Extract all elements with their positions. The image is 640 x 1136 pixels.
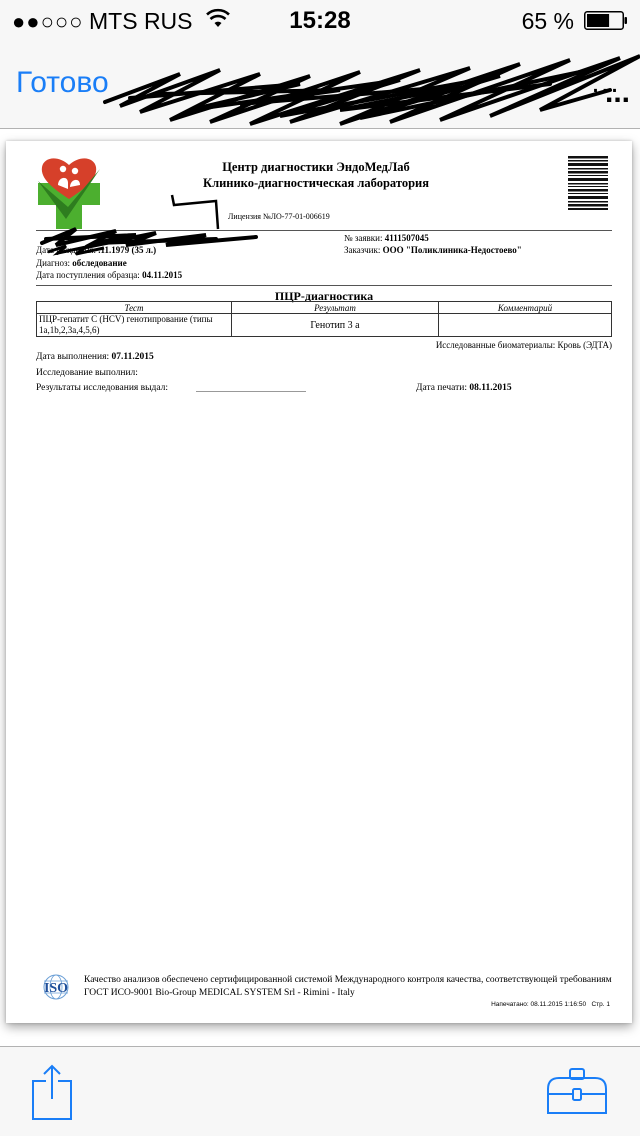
biomaterials: Исследованные биоматериалы: Кровь (ЭДТА) (436, 340, 612, 350)
header-divider (36, 230, 612, 231)
printed-stamp: Напечатано: 08.11.2015 1:16:50 Стр. 1 (491, 1001, 610, 1008)
column-header-comment: Комментарий (439, 302, 612, 314)
battery-percent: 65 % (522, 8, 574, 35)
performed-by: Исследование выполнил: (36, 367, 138, 380)
done-button[interactable]: Готово (16, 66, 109, 100)
organization-name: Центр диагностики ЭндоМедЛаб Клинико-диа… (136, 159, 496, 191)
share-icon[interactable] (28, 1063, 76, 1121)
print-date: Дата печати: 08.11.2015 (416, 382, 512, 395)
svg-text:ISO: ISO (44, 981, 68, 996)
barcode (568, 156, 608, 212)
completion-date: Дата выполнения: 07.11.2015 (36, 351, 154, 364)
cell-comment (439, 314, 612, 337)
iso-logo-icon: ISO (38, 973, 74, 1001)
table-row: ПЦР-гепатит С (HCV) генотипрование (типы… (37, 314, 612, 337)
clinic-logo (34, 155, 104, 229)
customer: Заказчик: ООО "Поликлиника-Недостоево" (344, 244, 522, 257)
signature-line (196, 391, 306, 392)
license-number: Лицензия №ЛО-77-01-006619 (228, 212, 330, 221)
navigation-bar: Готово … ... (0, 40, 640, 129)
document-page: Центр диагностики ЭндоМедЛаб Клинико-диа… (6, 141, 632, 1023)
org-line-1: Центр диагностики ЭндоМедЛаб (136, 159, 496, 175)
quality-statement: Качество анализов обеспечено сертифициро… (84, 974, 614, 999)
cell-test: ПЦР-гепатит С (HCV) генотипрование (типы… (37, 314, 232, 337)
org-line-2: Клинико-диагностическая лаборатория (136, 175, 496, 191)
order-number: № заявки: 4111507045 (344, 232, 429, 245)
section-divider (36, 285, 612, 286)
column-header-result: Результат (232, 302, 439, 314)
battery-icon (584, 11, 628, 30)
results-table: Тест Результат Комментарий ПЦР-гепатит С… (36, 301, 612, 337)
toolbox-icon[interactable] (546, 1067, 608, 1117)
redaction-mark (166, 191, 226, 233)
document-title: … (110, 66, 620, 100)
diagnosis: Диагноз: обследование (36, 257, 127, 270)
cell-result: Генотип 3 а (232, 314, 439, 337)
bottom-toolbar (0, 1046, 640, 1136)
issued-by: Результаты исследования выдал: (36, 382, 168, 395)
sample-date: Дата поступления образца: 04.11.2015 (36, 269, 182, 282)
column-header-test: Тест (37, 302, 232, 314)
status-bar: ●●○○○ MTS RUS 15:28 65 % (0, 0, 640, 40)
document-viewer[interactable]: Центр диагностики ЭндоМедЛаб Клинико-диа… (0, 129, 640, 1046)
birth-date: Дата рождения: .11.1979 (35 л.) (36, 244, 156, 257)
page-number: Стр. 1 (591, 1001, 610, 1008)
